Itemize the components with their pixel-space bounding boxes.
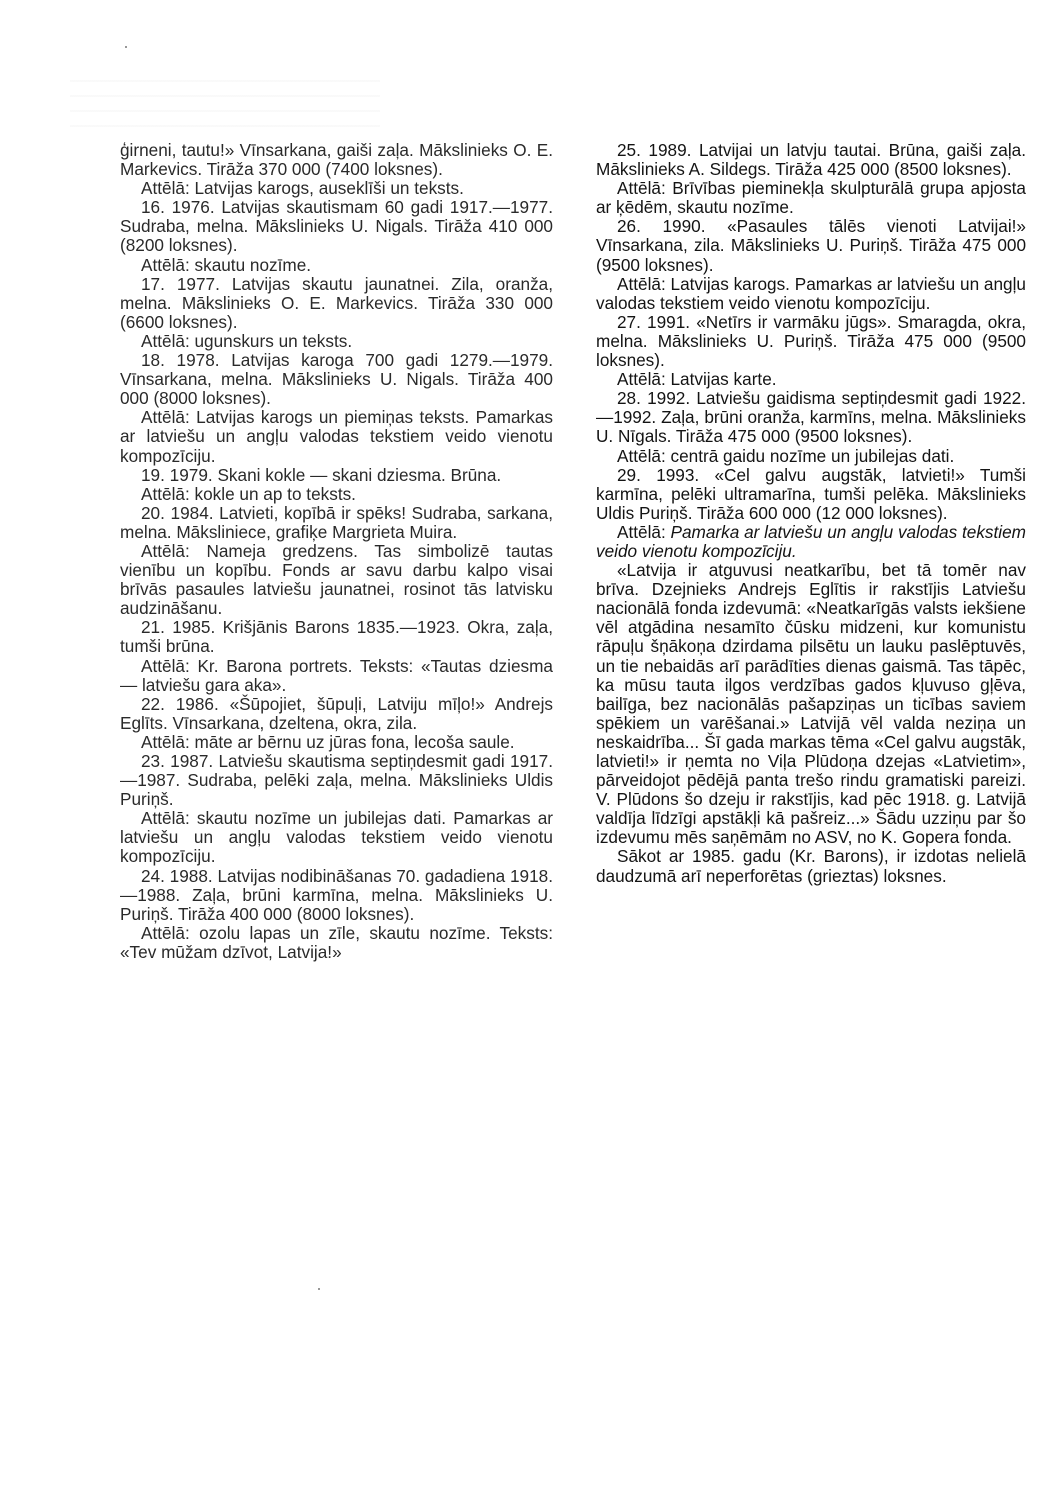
paragraph: Attēlā: Latvijas karogs. Pamarkas ar lat… <box>596 275 1026 313</box>
stamp-entry: 26. 1990. «Pasaules tālēs vienoti Latvij… <box>596 217 1026 274</box>
quote-paragraph: «Latvija ir atguvusi neatkarību, bet tā … <box>596 561 1026 847</box>
stamp-entry: 28. 1992. Latviešu gaidisma septiņdesmit… <box>596 389 1026 446</box>
paragraph: Attēlā: ozolu lapas un zīle, skautu nozī… <box>120 924 553 962</box>
paragraph: Attēlā: ugunskurs un teksts. <box>120 332 553 351</box>
stamp-entry: 24. 1988. Latvijas nodibināšanas 70. gad… <box>120 867 553 924</box>
left-column: ģirneni, tautu!» Vīnsarkana, gaiši zaļa.… <box>120 141 553 962</box>
stamp-entry: 20. 1984. Latvieti, kopībā ir spēks! Sud… <box>120 504 553 542</box>
paragraph: Attēlā: centrā gaidu nozīme un jubilejas… <box>596 447 1026 466</box>
document-page: ģirneni, tautu!» Vīnsarkana, gaiši zaļa.… <box>0 0 1050 1507</box>
stamp-entry: 16. 1976. Latvijas skautismam 60 gadi 19… <box>120 198 553 255</box>
stamp-entry: 22. 1986. «Šūpojiet, šūpuļi, Latviju mīļ… <box>120 695 553 733</box>
paragraph: Attēlā: Nameja gredzens. Tas simbolizē t… <box>120 542 553 618</box>
caption-label: Attēlā: <box>617 522 671 542</box>
paper-speck <box>125 46 127 48</box>
stamp-entry: 27. 1991. «Netīrs ir varmāku jūgs». Smar… <box>596 313 1026 370</box>
stamp-entry: 19. 1979. Skani kokle — skani dziesma. B… <box>120 466 553 485</box>
paragraph: Attēlā: Latvijas karte. <box>596 370 1026 389</box>
paragraph: Attēlā: kokle un ap to teksts. <box>120 485 553 504</box>
paragraph: Attēlā: Pamarka ar latviešu un angļu val… <box>596 523 1026 561</box>
paragraph: Attēlā: skautu nozīme un jubilejas dati.… <box>120 809 553 866</box>
stamp-entry: 18. 1978. Latvijas karoga 700 gadi 1279.… <box>120 351 553 408</box>
stamp-entry: 29. 1993. «Cel galvu augstāk, latvieti!»… <box>596 466 1026 523</box>
paragraph: Attēlā: Latvijas karogs un piemiņas teks… <box>120 408 553 465</box>
paper-speck <box>318 1288 320 1290</box>
paragraph: Attēlā: skautu nozīme. <box>120 256 553 275</box>
stamp-entry: 21. 1985. Krišjānis Barons 1835.—1923. O… <box>120 618 553 656</box>
paragraph: Attēlā: māte ar bērnu uz jūras fona, lec… <box>120 733 553 752</box>
paragraph: Attēlā: Brīvības pieminekļa skulpturālā … <box>596 179 1026 217</box>
bleed-through-mark <box>70 80 380 130</box>
paragraph: Attēlā: Kr. Barona portrets. Teksts: «Ta… <box>120 657 553 695</box>
stamp-entry: 23. 1987. Latviešu skautisma septiņdesmi… <box>120 752 553 809</box>
stamp-entry: 25. 1989. Latvijai un latvju tautai. Brū… <box>596 141 1026 179</box>
paragraph: Sākot ar 1985. gadu (Kr. Barons), ir izd… <box>596 847 1026 885</box>
right-column: 25. 1989. Latvijai un latvju tautai. Brū… <box>596 141 1026 886</box>
paragraph: ģirneni, tautu!» Vīnsarkana, gaiši zaļa.… <box>120 141 553 179</box>
stamp-entry: 17. 1977. Latvijas skautu jaunatnei. Zil… <box>120 275 553 332</box>
paragraph: Attēlā: Latvijas karogs, auseklīši un te… <box>120 179 553 198</box>
